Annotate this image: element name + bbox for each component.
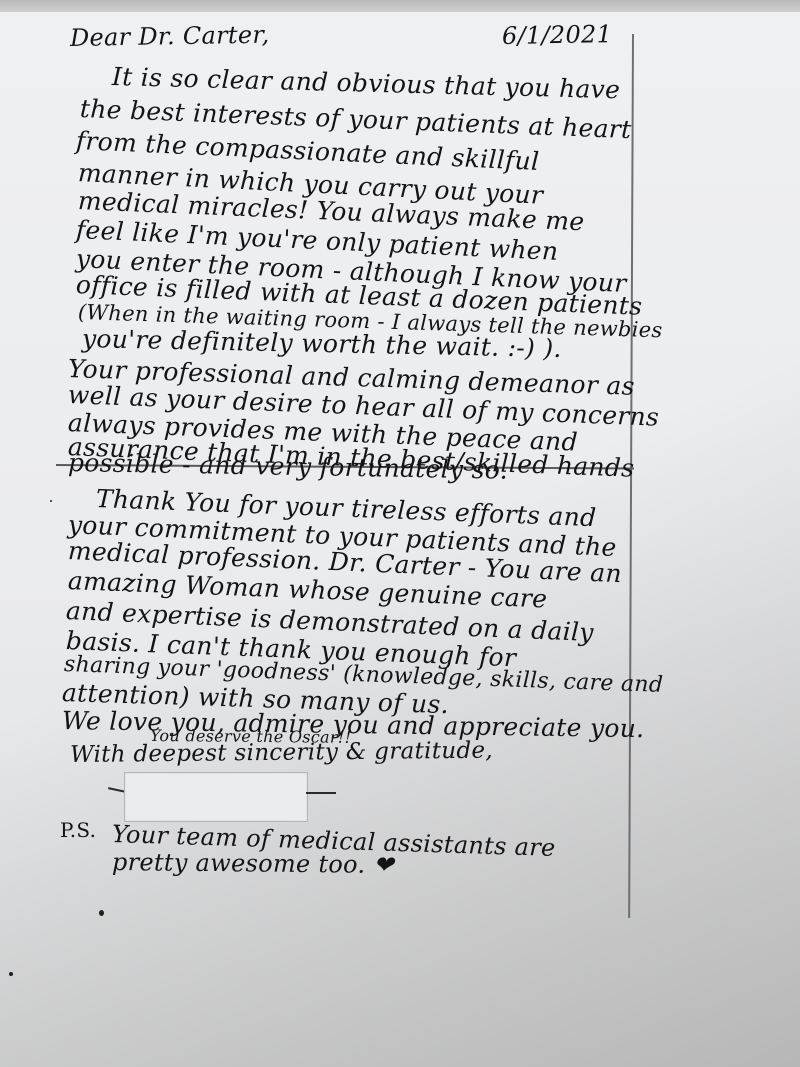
ink-speck (99, 910, 104, 916)
closing-line: With deepest sincerity & gratitude, (70, 738, 493, 768)
letter-date: 6/1/2021 (502, 20, 613, 50)
redacted-signature (124, 772, 308, 822)
signature-stroke (306, 792, 336, 794)
background-surface-edge (0, 0, 800, 12)
ink-speck (9, 972, 13, 976)
salutation: Dear Dr. Carter, (70, 21, 270, 52)
ps-label: P.S. (60, 818, 96, 842)
ps-line: pretty awesome too. ❤ (112, 848, 394, 879)
ink-speck (50, 500, 52, 502)
